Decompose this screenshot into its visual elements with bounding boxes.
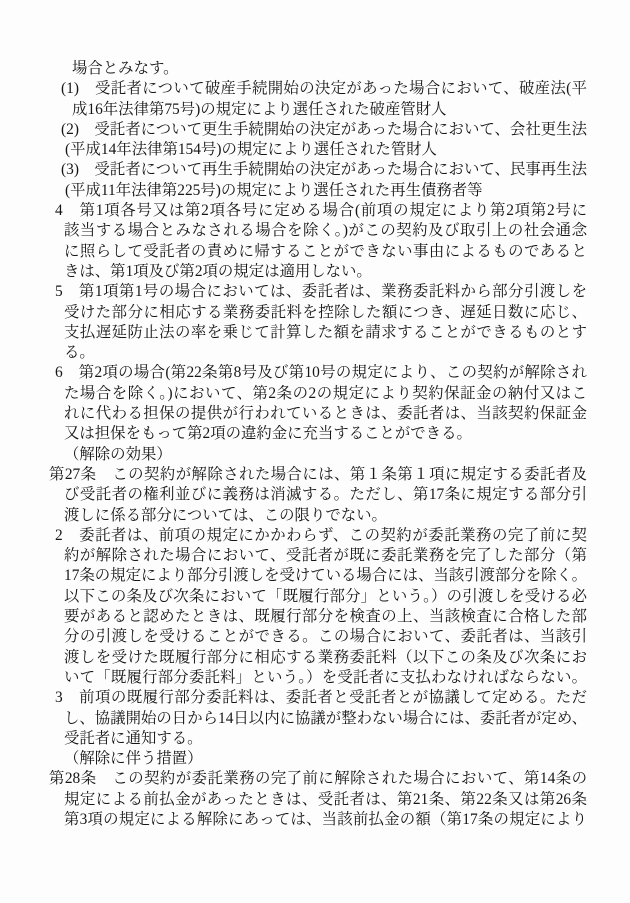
contract-text-line: 6 第2項の場合(第22条第8号及び第10号の規定により、この契約が解除され bbox=[49, 363, 587, 383]
contract-text-line: た場合を除く。)において、第2条の2の規定により契約保証金の納付又はこ bbox=[49, 384, 587, 404]
contract-text-line: び受託者の権利並びに義務は消滅する。ただし、第17条に規定する部分引 bbox=[49, 485, 587, 505]
contract-text-line: 受託者に通知する。 bbox=[49, 729, 587, 749]
contract-text-line: (平成11年法律第225号)の規定により選任された再生債務者等 bbox=[49, 181, 587, 201]
contract-text-line: 要があると認めたときは、既履行部分を検査の上、当該検査に合格した部 bbox=[49, 607, 587, 627]
contract-text-line: 4 第1項各号又は第2項各号に定める場合(前項の規定により第2項第2号に bbox=[49, 201, 587, 221]
contract-text-line: に照らして受託者の責めに帰することができない事由によるものであると bbox=[49, 242, 587, 262]
contract-text-line: 規定による前払金があったときは、受託者は、第21条、第22条又は第26条 bbox=[49, 790, 587, 810]
document-page: 場合とみなす。(1) 受託者について破産手続開始の決定があった場合において、破産… bbox=[0, 0, 630, 903]
contract-text-line: いて「既履行部分委託料」という。）を受託者に支払わなければならない。 bbox=[49, 668, 587, 688]
contract-text-line: (2) 受託者について更生手続開始の決定があった場合において、会社更生法 bbox=[49, 120, 587, 140]
contract-text-line: きは、第1項及び第2項の規定は適用しない。 bbox=[49, 262, 587, 282]
contract-text-line: (平成14年法律第154号)の規定により選任された管財人 bbox=[49, 140, 587, 160]
contract-text-line: （解除の効果） bbox=[49, 445, 587, 465]
contract-text-line: (3) 受託者について再生手続開始の決定があった場合において、民事再生法 bbox=[49, 160, 587, 180]
contract-text-line: 受けた部分に相応する業務委託料を控除した額につき、遅延日数に応じ、 bbox=[49, 303, 587, 323]
contract-text-line: 5 第1項第1号の場合においては、委託者は、業務委託料から部分引渡しを bbox=[49, 282, 587, 302]
contract-text-line: る。 bbox=[49, 343, 587, 363]
contract-text-line: 2 委託者は、前項の規定にかかわらず、この契約が委託業務の完了前に契 bbox=[49, 526, 587, 546]
contract-text-line: 第27条 この契約が解除された場合には、第１条第１項に規定する委託者及 bbox=[49, 465, 587, 485]
contract-text-line: 渡しに係る部分については、この限りでない。 bbox=[49, 506, 587, 526]
contract-text-line: 該当する場合とみなされる場合を除く。)がこの契約及び取引上の社会通念 bbox=[49, 221, 587, 241]
contract-text-line: （解除に伴う措置） bbox=[49, 749, 587, 769]
contract-text-line: 以下この条及び次条において「既履行部分」という。）の引渡しを受ける必 bbox=[49, 587, 587, 607]
contract-text-line: 3 前項の既履行部分委託料は、委託者と受託者とが協議して定める。ただ bbox=[49, 688, 587, 708]
contract-text-line: れに代わる担保の提供が行われているときは、委託者は、当該契約保証金 bbox=[49, 404, 587, 424]
contract-text-line: 第3項の規定による解除にあっては、当該前払金の額（第17条の規定により bbox=[49, 810, 587, 830]
contract-text-line: し、協議開始の日から14日以内に協議が整わない場合には、委託者が定め、 bbox=[49, 709, 587, 729]
contract-text-line: 渡しを受けた既履行部分に相応する業務委託料（以下この条及び次条にお bbox=[49, 648, 587, 668]
contract-text-line: 又は担保をもって第2項の違約金に充当することができる。 bbox=[49, 424, 587, 444]
contract-text-line: 場合とみなす。 bbox=[49, 59, 587, 79]
contract-text-line: 17条の規定により部分引渡しを受けている場合には、当該引渡部分を除く。 bbox=[49, 566, 587, 586]
contract-text-line: 分の引渡しを受けることができる。この場合において、委託者は、当該引 bbox=[49, 627, 587, 647]
contract-text-line: 成16年法律第75号)の規定により選任された破産管財人 bbox=[49, 100, 587, 120]
contract-text-line: 第28条 この契約が委託業務の完了前に解除された場合において、第14条の bbox=[49, 769, 587, 789]
contract-text-line: 支払遅延防止法の率を乗じて計算した額を請求することができるものとす bbox=[49, 323, 587, 343]
contract-text-block: 場合とみなす。(1) 受託者について破産手続開始の決定があった場合において、破産… bbox=[49, 59, 587, 830]
contract-text-line: (1) 受託者について破産手続開始の決定があった場合において、破産法(平 bbox=[49, 79, 587, 99]
contract-text-line: 約が解除された場合において、受託者が既に委託業務を完了した部分（第 bbox=[49, 546, 587, 566]
